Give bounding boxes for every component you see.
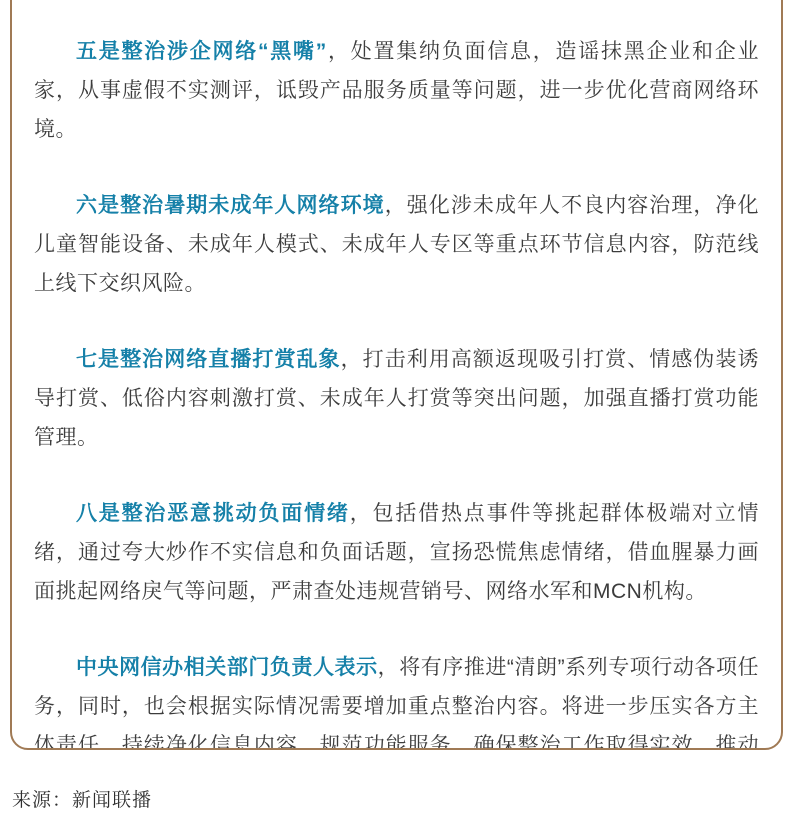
paragraph-lead: 五是整治涉企网络“黑嘴” [76, 40, 327, 63]
paragraph-item-7: 七是整治网络直播打赏乱象，打击利用高额返现吸引打赏、情感伪装诱导打赏、低俗内容刺… [34, 340, 759, 457]
paragraph-item-8: 八是整治恶意挑动负面情绪，包括借热点事件等挑起群体极端对立情绪，通过夸大炒作不实… [34, 494, 759, 611]
page: 五是整治涉企网络“黑嘴”，处置集纳负面信息，造谣抹黑企业和企业家，从事虚假不实测… [0, 0, 800, 826]
paragraph-item-5: 五是整治涉企网络“黑嘴”，处置集纳负面信息，造谣抹黑企业和企业家，从事虚假不实测… [34, 32, 759, 149]
paragraph-item-6: 六是整治暑期未成年人网络环境，强化涉未成年人不良内容治理，净化儿童智能设备、未成… [34, 186, 759, 303]
paragraph-item-conclusion: 中央网信办相关部门负责人表示，将有序推进“清朗”系列专项行动各项任务，同时，也会… [34, 648, 759, 750]
paragraph-lead: 八是整治恶意挑动负面情绪 [76, 502, 350, 525]
paragraph-lead: 中央网信办相关部门负责人表示 [76, 656, 378, 679]
paragraph-lead: 七是整治网络直播打赏乱象 [76, 348, 341, 371]
article-card: 五是整治涉企网络“黑嘴”，处置集纳负面信息，造谣抹黑企业和企业家，从事虚假不实测… [10, 0, 783, 750]
paragraph-lead: 六是整治暑期未成年人网络环境 [76, 194, 385, 217]
source-attribution: 来源：新闻联播 [12, 785, 152, 812]
